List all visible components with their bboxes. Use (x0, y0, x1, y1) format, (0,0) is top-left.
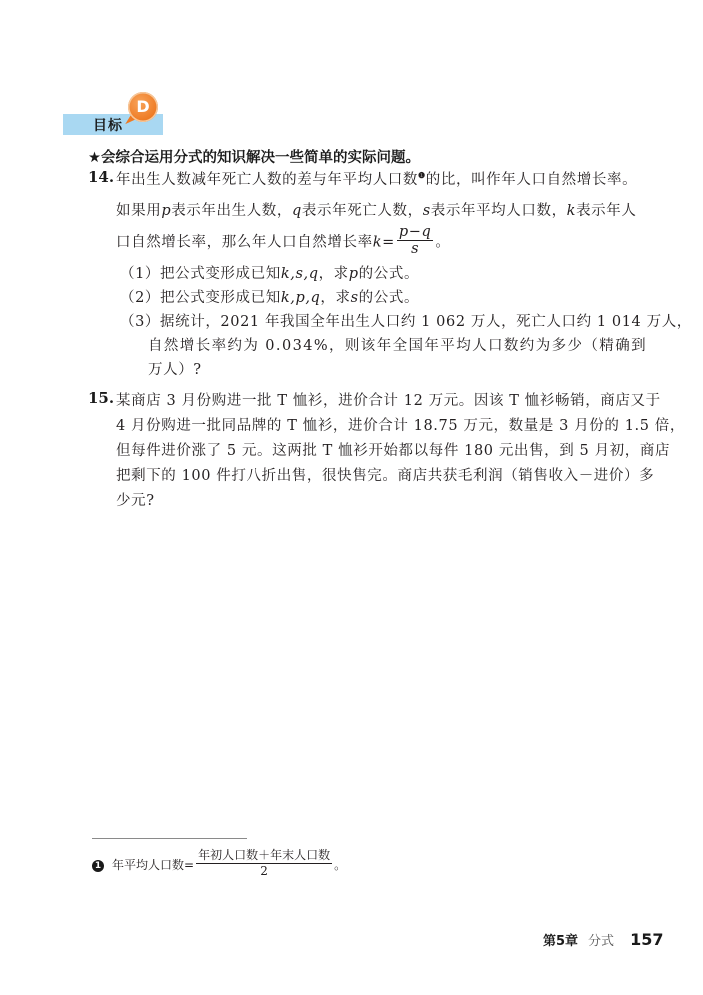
text: 表示年死亡人数， (302, 203, 423, 219)
text: 表示年人 (576, 203, 636, 219)
chapter-label: 第5章 (543, 934, 578, 949)
subquestion-3: （3）据统计，2021 年我国全年出生人口约 1 062 万人，死亡人口约 1 … (120, 310, 692, 331)
level-letter: D (128, 97, 158, 116)
level-badge-icon: D (128, 92, 158, 122)
subquestion-label: （2） (120, 290, 160, 306)
page-footer: 第5章分式157 (543, 930, 663, 949)
variable-p: p (349, 266, 359, 282)
text: 据统计，2021 年我国全年出生人口约 1 062 万人，死亡人口约 1 014… (160, 314, 692, 330)
subquestion-3-line-3: 万人）? (148, 358, 202, 379)
footnote-ref-icon: ❶ (418, 170, 426, 180)
fraction: p−qs (397, 224, 434, 257)
problem-15-line-5: 少元? (116, 489, 155, 510)
subquestion-3-line-2: 自然增长率约为 0.034%，则该年全国年平均人口数约为多少（精确到 (148, 334, 647, 355)
variable-k: k (373, 235, 382, 251)
equals-sign: = (382, 235, 395, 251)
fraction-numerator: p−q (397, 224, 434, 241)
fraction-denominator: s (397, 241, 434, 257)
text: 的公式。 (359, 266, 419, 282)
subquestion-1: （1）把公式变形成已知k,s,q，求p的公式。 (120, 262, 419, 283)
problem-14-line-2: 如果用p表示年出生人数，q表示年死亡人数，s表示年平均人口数，k表示年人 (116, 199, 636, 220)
subquestion-label: （1） (120, 266, 160, 282)
textbook-page: 目标 D ★会综合运用分式的知识解决一些简单的实际问题。 14. 年出生人数减年… (0, 0, 703, 995)
subquestion-2: （2）把公式变形成已知k,p,q，求s的公式。 (120, 286, 419, 307)
fraction-numerator: 年初人口数＋年末人口数 (196, 848, 332, 864)
page-number: 157 (630, 930, 663, 949)
fraction-denominator: 2 (196, 864, 332, 879)
subquestion-label: （3） (120, 314, 160, 330)
fraction: 年初人口数＋年末人口数2 (196, 848, 332, 879)
text: 的比，叫作年人口自然增长率。 (426, 172, 637, 188)
goal-label: 目标 (93, 115, 123, 135)
footnote: 1年平均人口数=年初人口数＋年末人口数2。 (92, 850, 346, 881)
footnote-divider (92, 838, 247, 839)
problem-15-line-2: 4 月份购进一批同品牌的 T 恤衫，进价合计 18.75 万元，数量是 3 月份… (116, 414, 685, 435)
variable-s: s (351, 290, 359, 306)
variables: k,p,q (281, 290, 321, 306)
problem-15-line-3: 但每件进价涨了 5 元。这两批 T 恤衫开始都以每件 180 元出售，到 5 月… (116, 439, 670, 460)
variables: k,s,q (281, 266, 319, 282)
learning-objective: ★会综合运用分式的知识解决一些简单的实际问题。 (88, 146, 420, 167)
text: 年出生人数减年死亡人数的差与年平均人口数 (116, 172, 418, 188)
problem-14-line-1: 年出生人数减年死亡人数的差与年平均人口数❶的比，叫作年人口自然增长率。 (116, 168, 637, 189)
text: 年平均人口数 (112, 858, 184, 872)
text: 如果用 (116, 203, 161, 219)
text: 把公式变形成已知 (160, 290, 281, 306)
variable-p: p (161, 203, 171, 219)
problem-number-14: 14. (88, 168, 114, 186)
text: 表示年出生人数， (171, 203, 292, 219)
problem-15-line-1: 某商店 3 月份购进一批 T 恤衫，进价合计 12 万元。因该 T 恤衫畅销，商… (116, 389, 661, 410)
text: 。 (334, 858, 346, 872)
text: ，求 (320, 290, 350, 306)
text: 表示年平均人口数， (431, 203, 567, 219)
text: 。 (435, 235, 450, 251)
problem-14-line-3: 口自然增长率，那么年人口自然增长率k=p−qs。 (116, 226, 450, 259)
text: 的公式。 (359, 290, 419, 306)
variable-s: s (423, 203, 431, 219)
footnote-marker-icon: 1 (92, 860, 104, 872)
text: 把公式变形成已知 (160, 266, 281, 282)
text: ，求 (319, 266, 349, 282)
equals-sign: = (184, 858, 194, 872)
problem-number-15: 15. (88, 389, 114, 407)
problem-15-line-4: 把剩下的 100 件打八折出售，很快售完。商店共获毛利润（销售收入－进价）多 (116, 464, 654, 485)
variable-k: k (567, 203, 576, 219)
variable-q: q (292, 203, 302, 219)
text: 口自然增长率，那么年人口自然增长率 (116, 235, 373, 251)
chapter-title: 分式 (588, 934, 614, 949)
